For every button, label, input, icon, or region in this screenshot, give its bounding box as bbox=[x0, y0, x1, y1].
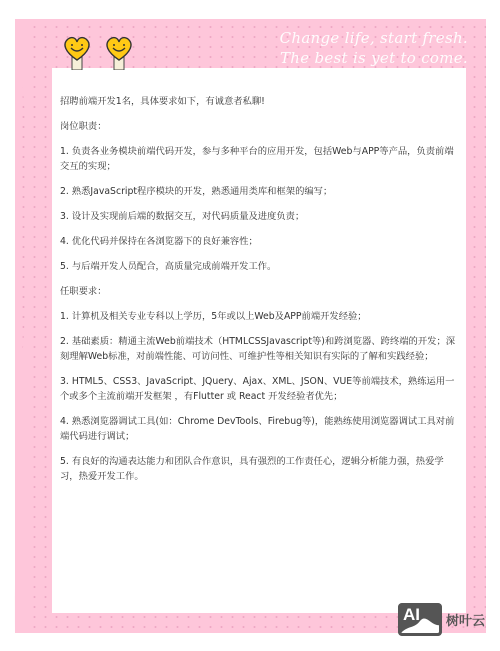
duty-item: 4. 优化代码并保持在各浏览器下的良好兼容性； bbox=[60, 234, 460, 249]
duties-heading: 岗位职责： bbox=[60, 119, 460, 134]
requirements-heading: 任职要求： bbox=[60, 284, 460, 299]
duty-item: 5. 与后端开发人员配合，高质量完成前端开发工作。 bbox=[60, 259, 460, 274]
tagline: Change life, start fresh. The best is ye… bbox=[280, 28, 468, 68]
requirement-item: 2. 基础素质：精通主流Web前端技术（HTMLCSSJavascript等)和… bbox=[60, 334, 460, 364]
watermark-label: 树叶云 bbox=[446, 610, 485, 629]
intro-text: 招聘前端开发1名，具体要求如下，有诚意者私聊! bbox=[60, 94, 460, 109]
heart-smiley-icon bbox=[62, 34, 152, 70]
ai-image-icon: AI bbox=[398, 603, 442, 636]
duty-item: 3. 设计及实现前后端的数据交互，对代码质量及进度负责； bbox=[60, 209, 460, 224]
tagline-line-2: The best is yet to come. bbox=[280, 48, 468, 68]
job-posting-content: 招聘前端开发1名，具体要求如下，有诚意者私聊! 岗位职责： 1. 负责各业务模块… bbox=[60, 94, 460, 494]
requirement-item: 1. 计算机及相关专业专科以上学历，5年或以上Web及APP前端开发经验； bbox=[60, 309, 460, 324]
watermark: AI 树叶云 bbox=[398, 603, 485, 636]
requirement-item: 4. 熟悉浏览器调试工具(如：Chrome DevTools、Firebug等)… bbox=[60, 414, 460, 444]
requirement-item: 3. HTML5、CSS3、JavaScript、JQuery、Ajax、XML… bbox=[60, 374, 460, 404]
duty-item: 2. 熟悉JavaScript程序模块的开发，熟悉通用类库和框架的编写； bbox=[60, 184, 460, 199]
duty-item: 1. 负责各业务模块前端代码开发，参与多种平台的应用开发，包括Web与APP等产… bbox=[60, 144, 460, 174]
tagline-line-1: Change life, start fresh. bbox=[280, 28, 468, 48]
left-curve-decoration bbox=[0, 19, 30, 633]
requirement-item: 5. 有良好的沟通表达能力和团队合作意识，具有强烈的工作责任心，逻辑分析能力强，… bbox=[60, 454, 460, 484]
